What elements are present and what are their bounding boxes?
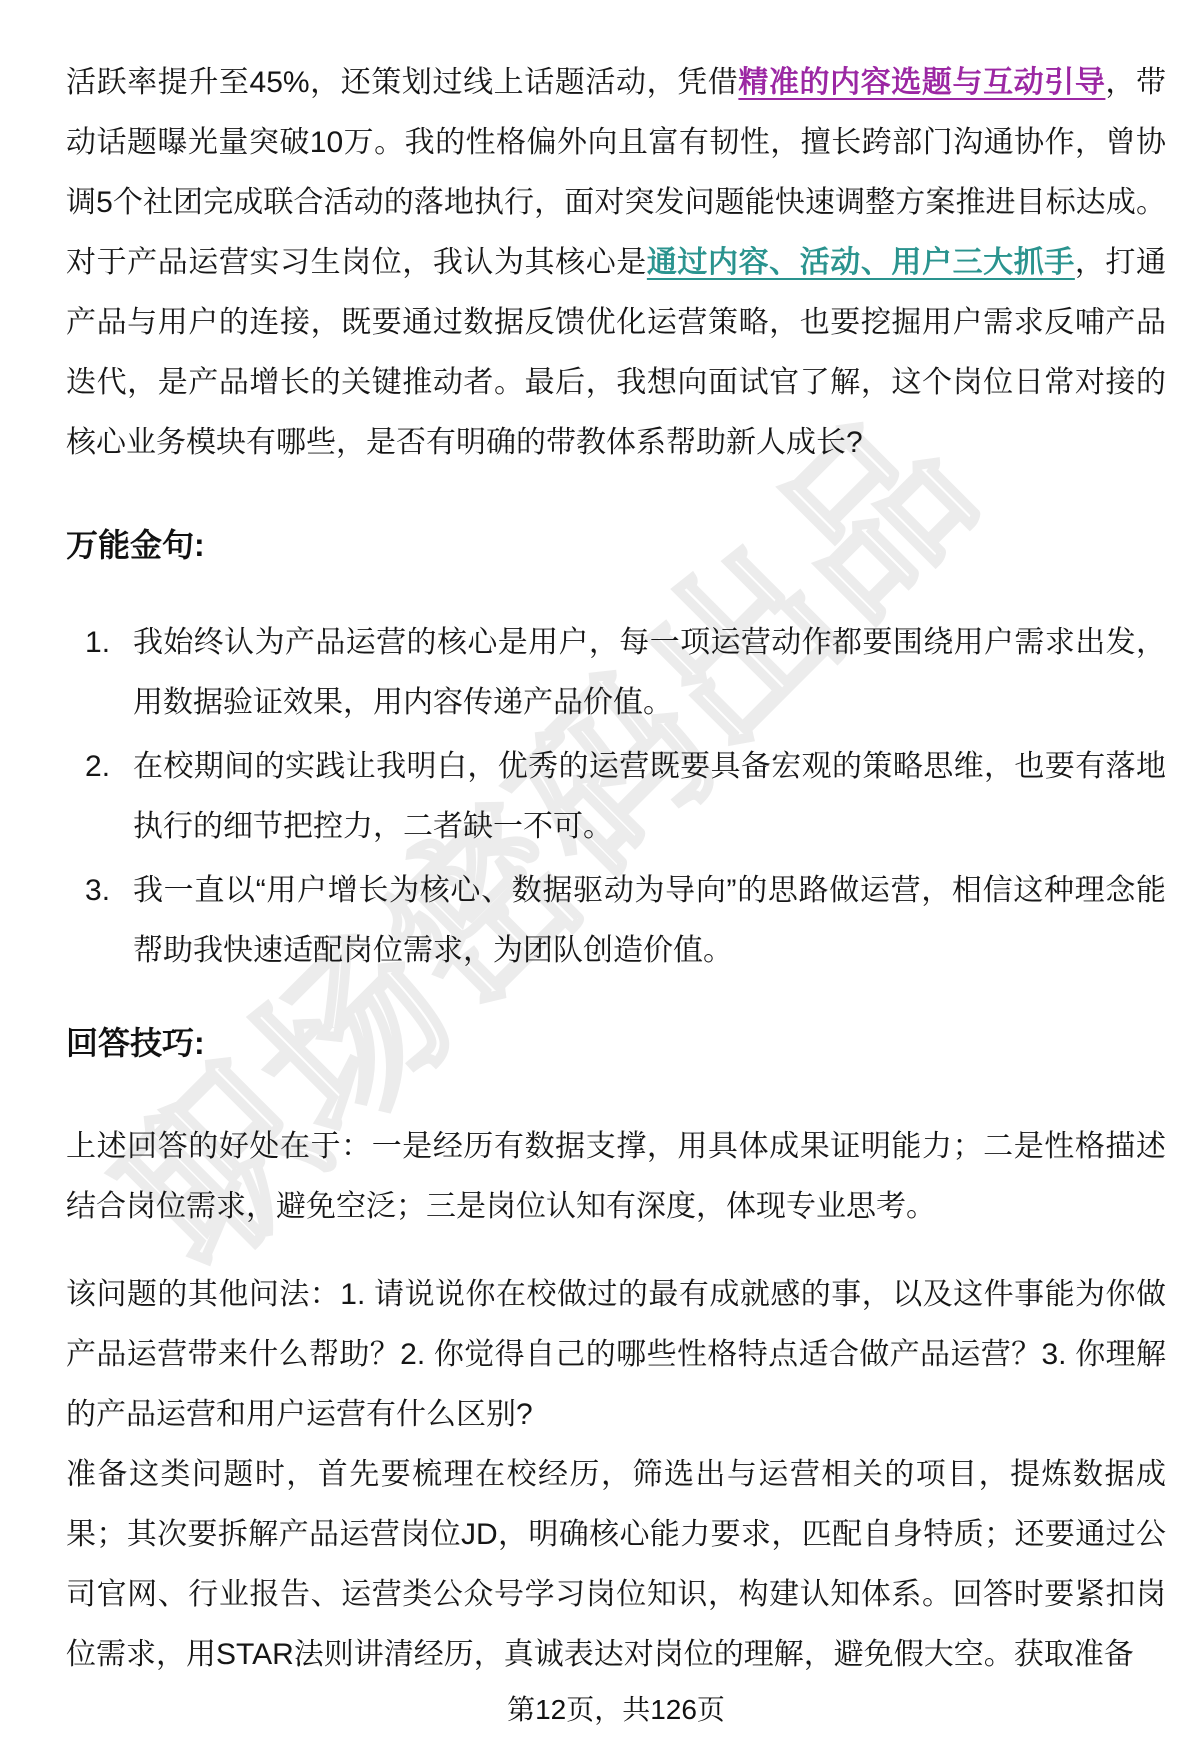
highlighted-phrase-teal: 通过内容、活动、用户三大抓手 [647,246,1075,279]
document-content: 活跃率提升至45%，还策划过线上话题活动，凭借精准的内容选题与互动引导，带动话题… [66,53,1166,1730]
list-item: 我一直以“用户增长为核心、数据驱动为导向”的思路做运营，相信这种理念能帮助我快速… [133,861,1166,981]
list-item: 在校期间的实践让我明白，优秀的运营既要具备宏观的策略思维，也要有落地执行的细节把… [133,737,1166,857]
benefit-paragraph: 上述回答的好处在于：一是经历有数据支撑，用具体成果证明能力；二是性格描述结合岗位… [66,1117,1166,1237]
highlighted-phrase-purple: 精准的内容选题与互动引导 [738,66,1105,99]
answer-paragraph: 活跃率提升至45%，还策划过线上话题活动，凭借精准的内容选题与互动引导，带动话题… [66,53,1166,473]
answer-text-1: 活跃率提升至45%，还策划过线上话题活动，凭借 [66,66,738,99]
list-item: 我始终认为产品运营的核心是用户，每一项运营动作都要围绕用户需求出发，用数据验证效… [133,613,1166,733]
preparation-paragraph: 准备这类问题时，首先要梳理在校经历，筛选出与运营相关的项目，提炼数据成果；其次要… [66,1445,1166,1685]
other-questions-paragraph: 该问题的其他问法：1. 请说说你在校做过的最有成就感的事，以及这件事能为你做产品… [66,1265,1166,1445]
heading-answer-technique: 回答技巧: [66,1013,1166,1073]
document-page: 职场密码出品 活跃率提升至45%，还策划过线上话题活动，凭借精准的内容选题与互动… [0,0,1200,1755]
page-number-footer: 第12页，共126页 [66,1690,1166,1730]
golden-sentences-list: 我始终认为产品运营的核心是用户，每一项运营动作都要围绕用户需求出发，用数据验证效… [66,613,1166,981]
heading-golden-sentences: 万能金句: [66,515,1166,575]
